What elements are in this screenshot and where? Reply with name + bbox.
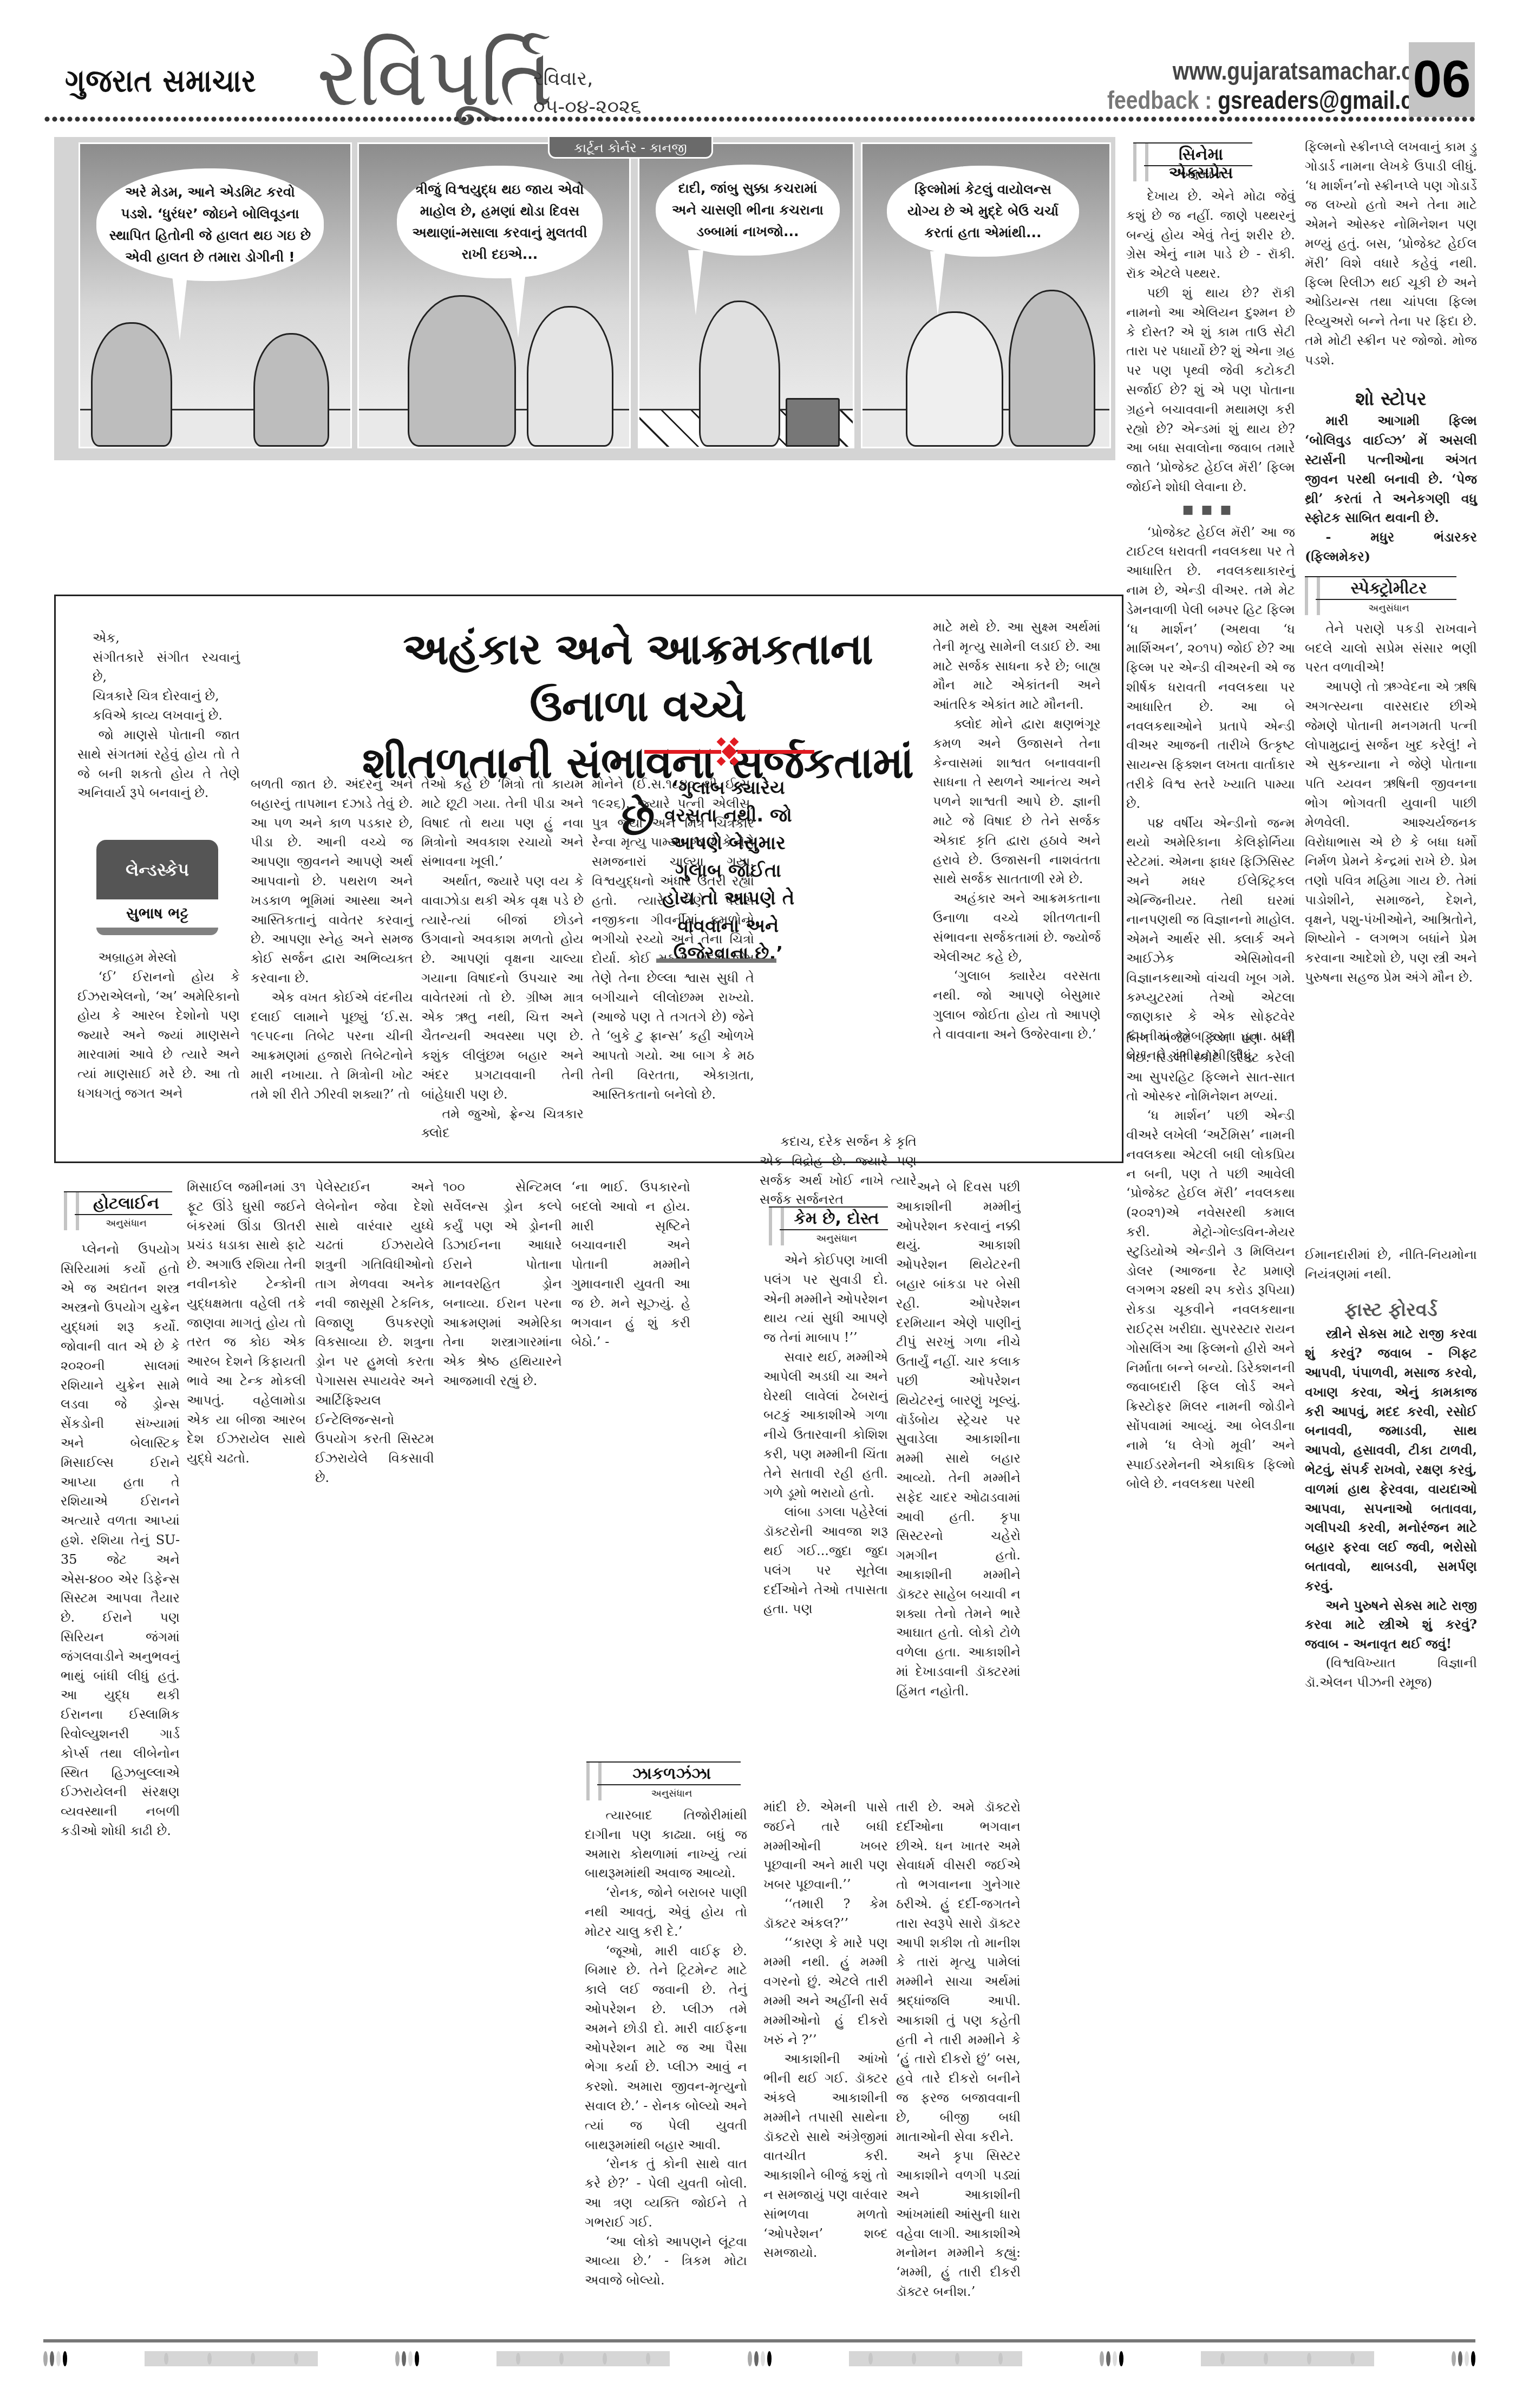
paragraph: ‘પ્રોજેક્ટ હેઈલ મૅરી’ આ જ ટાઈટલ ધરાવતી ન… (1126, 523, 1295, 814)
section-sub: અનુસંધાન (80, 1217, 172, 1230)
paragraph: ૫૪ વર્ષીય એન્ડીનો જન્મ થયો અમેરિકાના કેલ… (1126, 814, 1295, 1066)
cinema-column-a: દેખાય છે. એને મોઢા જેવું કશું છે જ નહીં.… (1126, 187, 1295, 1066)
paragraph: ક્લોદ મોને દ્વારા ક્ષણભંગૂર કમળ અને ઉજાસ… (933, 715, 1101, 889)
footer-decoration (43, 2350, 1475, 2367)
doctor-figure (91, 322, 172, 447)
website-link[interactable]: www.gujaratsamachar.com (1172, 56, 1445, 86)
paragraph: દેખાય છે. એને મોઢા જેવું કશું છે જ નહીં.… (1126, 187, 1295, 284)
hotline-column-a: પ્લેનનો ઉપયોગ સિરિયામાં કર્યો હતો એ જ અદ… (61, 1240, 180, 2334)
dot-cluster-icon (43, 2351, 67, 2366)
speech-bubble: અરે મેડમ, આને એડમિટ કરવો પડશે. ‘ધુરંધર’ … (96, 168, 324, 281)
hotline-column-b: મિસાઈલ જમીનમાં ૩૧ ફૂટ ઊંડે ઘુસી જઈને બંક… (187, 1178, 306, 2334)
feature-column-3: તેઓ કહે છે ‘મિત્રો તો કાયમ માટે છૂટી ગયા… (421, 775, 584, 1143)
paragraph: ‘ઈ’ ઈરાનનો હોય કે ઈઝરાએલનો, ‘અ’ અમેરિકાન… (77, 968, 240, 1104)
fast-forward-title: ફાસ્ટ ફોરવર્ડ (1305, 1301, 1477, 1320)
paragraph: માંદી છે. એમની પાસે જઈને તારે બધી મમ્મીઓ… (763, 1798, 888, 1895)
issue-day: રવિવાર, (533, 65, 641, 93)
author-name: સુભાષ ભટ્ટ (96, 899, 218, 928)
ornament-line (644, 750, 721, 754)
woman-figure (527, 306, 613, 447)
cartoon-panel-4: ફિલ્મોમાં કેટલું વાયોલન્સ યોગ્ય છે એ મુદ… (861, 142, 1111, 448)
section-head-jhakal-jhanjha: ઝાકળઝંઝા અનુસંધાન (586, 1761, 741, 1805)
hotline-column-d: ૧૦૦ સેન્ટિમલ સર્વેલન્સ ડ્રોન કલ્પે કર્યુ… (443, 1178, 562, 1752)
cartoon-panel-1: અરે મેડમ, આને એડમિટ કરવો પડશે. ‘ધુરંધર’ … (79, 142, 352, 448)
paragraph: બળતી જાત છે. અંદરનું અને બહારનું તાપમાન … (251, 775, 413, 988)
section-sub: અનુસંધાન (603, 1787, 741, 1800)
paragraph: મિસાઈલ જમીનમાં ૩૧ ફૂટ ઊંડે ઘુસી જઈને બંક… (187, 1178, 306, 1469)
dot-cluster-icon (1452, 2351, 1475, 2366)
paragraph: આપણે તો ઋગ્વેદના એ ઋષિ અગત્સ્યના વારસદાર… (1305, 677, 1477, 988)
feature-article-box: અહંકાર અને આક્રમકતાના ઉનાળા વચ્ચે શીતળતા… (54, 595, 1123, 1163)
paragraph: ‘‘તમારી ? કેમ ડૉક્ટર અંકલ?’’ (763, 1895, 888, 1934)
paragraph: અને કૃપા સિસ્ટર આકાશીને વળગી પડ્યાં અને … (896, 2146, 1021, 2301)
paragraph: પછી શું થાય છે? રૉકી નામનો આ એલિયન દુશ્મ… (1126, 284, 1295, 497)
paragraph: ‘જૂઓ, મારી વાઈફ છે. બિમાર છે. તેને ટ્રિટ… (585, 1942, 747, 2155)
poem-block: એક, સંગીતકારે સંગીત રચવાનું છે, ચિત્રકાર… (77, 629, 240, 726)
section-bars-icon (769, 1206, 784, 1245)
cartoon-panel-2: ત્રીજું વિશ્વયુદ્ધ થઇ જાય એવો માહોલ છે, … (357, 142, 631, 448)
section-bars-icon (1305, 576, 1320, 615)
section-head-hotline: હોટલાઈન અનુસંધાન (64, 1191, 172, 1235)
page-number: 06 (1409, 42, 1475, 117)
paragraph: કદાચ, દરેક સર્જન કે કૃતિ એક વિદ્રોહ છે. … (760, 1132, 917, 1210)
separator-squares: ■■■ (1126, 500, 1295, 520)
cartoon-strip: અરે મેડમ, આને એડમિટ કરવો પડશે. ‘ધુરંધર’ … (54, 137, 1115, 460)
pull-quote: ‘ગુલાબ ક્યારેય વરસતા નથી. જો આપણે બેસુમા… (658, 774, 799, 968)
section-head-kem-chhe-dost: કેમ છે, દોસ્ત અનુસંધાન (769, 1206, 888, 1250)
feature-column-2: બળતી જાત છે. અંદરનું અને બહારનું તાપમાન … (251, 775, 413, 1105)
dot-bar (849, 2351, 1022, 2366)
paragraph: એક વખત કોઈએ વંદનીય દલાઈ લામાને પૂછ્યું ‘… (251, 988, 413, 1105)
rule (769, 1206, 888, 1208)
speech-bubble: ફિલ્મોમાં કેટલું વાયોલન્સ યોગ્ય છે એ મુદ… (887, 166, 1079, 257)
supplement-title: રવિપૂર્તિ (317, 37, 553, 118)
poem-line: કવિએ કાવ્ય લખવાનું છે. (93, 706, 240, 726)
section-sub: અનુસંધાન (1149, 168, 1252, 181)
section-head-spectrometer: સ્પેક્ટ્રોમીટર અનુસંધાન (1305, 576, 1456, 619)
rule (1133, 142, 1252, 143)
feature-column-5: કદાચ, દરેક સર્જન કે કૃતિ એક વિદ્રોહ છે. … (760, 1132, 917, 1210)
rule (1316, 599, 1456, 600)
paragraph: ત્યારબાદ તિજોરીમાંથી દાગીના પણ કાઢ્યા. બ… (585, 1806, 747, 1883)
paragraph: ૧૦૦ સેન્ટિમલ સર્વેલન્સ ડ્રોન કલ્પે કર્યુ… (443, 1178, 562, 1391)
section-sub: અનુસંધાન (1321, 602, 1456, 615)
paragraph: ‘‘કારણ કે મારે પણ મમ્મી નથી. હું મમ્મી વ… (763, 1934, 888, 2050)
paragraph: પ્લેનનો ઉપયોગ સિરિયામાં કર્યો હતો એ જ અદ… (61, 1240, 180, 1841)
feedback-label: feedback : (1107, 86, 1212, 114)
paragraph: એને કોઈપણ ખાલી પલંગ પર સુવાડી દો. એની મમ… (763, 1251, 888, 1348)
dot-cluster-icon (1100, 2351, 1123, 2366)
rule (1305, 576, 1456, 577)
man-figure (408, 295, 516, 447)
kem-chhe-column-lead: ‘ના ભાઈ. ઉપકારનો બદલો આવો ન હોય. મારી સૃ… (571, 1178, 690, 1763)
paragraph: જો માણસે પોતાની જાત સાથે સંગતમાં રહેવું … (77, 726, 240, 803)
paragraph: આકાશીની આંખો ભીની થઈ ગઈ. ડૉક્ટર અંકલે આક… (763, 2050, 888, 2263)
section-title: ઝાકળઝંઝા (603, 1765, 741, 1783)
paragraph: અને બે દિવસ પછી આકાશીની મમ્મીનું ઓપરેશન … (896, 1178, 1021, 1701)
paragraph: તેને પરાણે પકડી રાખવાને બદલે ચાલો સપ્રેમ… (1305, 619, 1477, 677)
paragraph: અહંકાર અને આક્રમકતાના ઉનાળા વચ્ચે શીતળતા… (933, 889, 1101, 967)
masthead: ગુજરાત સમાચાર રવિપૂર્તિ રવિવાર, ૦૫-૦૪-૨૦… (0, 0, 1516, 130)
paragraph: તારી છે. અમે ડૉક્ટરો દર્દીઓના ભગવાન છીએ.… (896, 1798, 1021, 2146)
feature-column-1b: અબ્રાહમ મેસ્લો ‘ઈ’ ઈરાનનો હોય કે ઈઝરાએલન… (77, 948, 240, 1103)
paragraph: ‘ના ભાઈ. ઉપકારનો બદલો આવો ન હોય. મારી સૃ… (571, 1178, 690, 1352)
paragraph: સ્ત્રીને સેક્સ માટે રાજી કરવા શું કરવું?… (1305, 1324, 1477, 1595)
paragraph: તમે જુઓ, ફ્રેન્ચ ચિત્રકાર ક્લોદ (421, 1105, 584, 1144)
cinema-column-c: બિગ બજેટ ફિલ્મ પણ બની ગઈ. રિડલી સ્કોટે ડ… (1126, 1029, 1295, 2334)
paragraph: ‘રોનક તું કોની સાથે વાત કરે છે?’ - પેલી … (585, 2155, 747, 2232)
dot-cluster-icon (395, 2351, 419, 2366)
paragraph: ‘ધ માર્શન’ પછી એન્ડી વીઅરે લખેલી ‘અર્ટેમ… (1126, 1106, 1295, 1494)
paragraph: અને પુરુષને સેક્સ માટે રાજી કરવા માટે સ્… (1305, 1596, 1477, 1654)
feature-column-1: એક, સંગીતકારે સંગીત રચવાનું છે, ચિત્રકાર… (77, 629, 240, 803)
dotted-divider (43, 115, 1475, 123)
paragraph: ‘ગુલાબ ક્યારેય વરસતા નથી. જો આપણે બેસુમા… (933, 967, 1101, 1044)
footer-rule (43, 2339, 1475, 2342)
paragraph: ફિલ્મનો સ્ક્રીનપ્લે લખવાનું કામ ડ્રુ ગોડ… (1305, 138, 1477, 370)
jhakal-column-a: ત્યારબાદ તિજોરીમાંથી દાગીના પણ કાઢ્યા. બ… (585, 1806, 747, 2334)
rule (1144, 165, 1252, 166)
old-man-figure (906, 311, 1003, 447)
rule (75, 1214, 172, 1215)
paragraph: બિગ બજેટ ફિલ્મ પણ બની ગઈ. રિડલી સ્કોટે ડ… (1126, 1029, 1295, 1106)
jhakal-column-c: તારી છે. અમે ડૉક્ટરો દર્દીઓના ભગવાન છીએ.… (896, 1798, 1021, 2334)
rule (64, 1191, 172, 1192)
spectrometer-column-c: ઈમાનદારીમાં છે, નીતિ-નિયમોના નિયંત્રણમાં… (1305, 1245, 1477, 2334)
ornament-line (737, 750, 814, 754)
show-stopper-quote: મારી આગામી ફિલ્મ ‘બોલિવુડ વાઈવ્ઝ’ મેં અસ… (1305, 411, 1477, 527)
cartoon-corner-tag: કાર્ટૂન કોર્નર - કાનજી (548, 137, 713, 159)
section-sub: અનુસંધાન (785, 1232, 888, 1245)
paragraph: લાંબા ડગલા પહેરેલાં ડૉક્ટરોની આવજા શરૂ થ… (763, 1503, 888, 1619)
hotline-column-c: પેલેસ્ટાઈન અને લેબેનોન જેવા દેશો સાથે વા… (315, 1178, 434, 2334)
dot-bar (496, 2351, 670, 2366)
quote-author: અબ્રાહમ મેસ્લો (77, 948, 240, 968)
speech-bubble: દાદી, જાંબુ સુક્કા કચરામાં અને ચાસણી ભીન… (656, 165, 840, 256)
feature-column-6: માટે મથે છે. આ સુક્ષ્મ અર્થમાં તેની મૃત્… (933, 618, 1101, 1045)
speech-bubble: ત્રીજું વિશ્વયુદ્ધ થઇ જાય એવો માહોલ છે, … (397, 166, 603, 278)
section-bars-icon (586, 1761, 602, 1800)
paragraph: પેલેસ્ટાઈન અને લેબેનોન જેવા દેશો સાથે વા… (315, 1178, 434, 1488)
section-title: સ્પેક્ટ્રોમીટર (1321, 579, 1456, 598)
paragraph: ‘રોનક, જોને બરાબર પાણી નથી આવતું, એવું હ… (585, 1883, 747, 1941)
feedback-line: feedback : gsreaders@gmail.com (1107, 86, 1445, 115)
rule (780, 1229, 888, 1230)
cartoon-panel-3: દાદી, જાંબુ સુક્કા કચરામાં અને ચાસણી ભીન… (638, 142, 854, 448)
headline-line-1: અહંકાર અને આક્રમકતાના ઉનાળા વચ્ચે (359, 621, 917, 734)
poem-line: સંગીતકારે સંગીત રચવાનું છે, (93, 648, 240, 687)
show-stopper-title: શો સ્ટોપર (1305, 390, 1477, 409)
grandmother-figure (699, 301, 780, 447)
woman-figure (253, 333, 329, 447)
rule (586, 1761, 741, 1763)
show-stopper-attribution: - મધુર ભંડારકર (ફિલ્મમેકર) (1305, 527, 1477, 566)
poem-line: એક, (93, 629, 240, 648)
dot-cluster-icon (748, 2351, 772, 2366)
dot-bar (145, 2351, 318, 2366)
kem-chhe-column-a: એને કોઈપણ ખાલી પલંગ પર સુવાડી દો. એની મમ… (763, 1251, 888, 1792)
dot-bar (1201, 2351, 1374, 2366)
section-bars-icon (1133, 142, 1148, 181)
paragraph: અર્થાત, જ્યારે પણ વય કે વાવાઝોડા થકી એક … (421, 872, 584, 1105)
column-name: લેન્ડસ્કેપ (96, 840, 218, 899)
section-title: કેમ છે, દોસ્ત (785, 1210, 888, 1228)
paragraph: માટે મથે છે. આ સુક્ષ્મ અર્થમાં તેની મૃત્… (933, 618, 1101, 715)
pull-quote-rule (656, 958, 776, 963)
jhakal-column-b: માંદી છે. એમની પાસે જઈને તારે બધી મમ્મીઓ… (763, 1798, 888, 2334)
dustbin-icon (786, 398, 840, 447)
paragraph: તેઓ કહે છે ‘મિત્રો તો કાયમ માટે છૂટી ગયા… (421, 775, 584, 872)
cinema-column-b: ફિલ્મનો સ્ક્રીનપ્લે લખવાનું કામ ડ્રુ ગોડ… (1305, 138, 1477, 988)
section-bars-icon (64, 1191, 79, 1230)
badge-base (96, 928, 218, 935)
paragraph: ‘આ લોકો આપણને લૂંટવા આવ્યા છે.’ - ત્રિકમ… (585, 2233, 747, 2290)
rule (597, 1784, 741, 1785)
column-badge-landscape: લેન્ડસ્કેપ સુભાષ ભટ્ટ (96, 840, 218, 935)
paragraph: સવાર થઈ, મમ્મીએ આપેલી અડધી ચા અને ઘેરથી … (763, 1348, 888, 1503)
young-man-figure (1009, 290, 1095, 447)
newspaper-logo: ગુજરાત સમાચાર (65, 62, 257, 100)
section-title: હોટલાઈન (80, 1195, 172, 1213)
paragraph: ઈમાનદારીમાં છે, નીતિ-નિયમોના નિયંત્રણમાં… (1305, 1245, 1477, 1284)
paragraph: (વિશ્વવિખ્યાત વિજ્ઞાની ડૉ.એલન પીઝની રમૂજ… (1305, 1654, 1477, 1693)
issue-date: રવિવાર, ૦૫-૦૪-૨૦૨૬ (533, 65, 641, 121)
poem-line: ચિત્રકારે ચિત્ર દોરવાનું છે, (93, 687, 240, 706)
